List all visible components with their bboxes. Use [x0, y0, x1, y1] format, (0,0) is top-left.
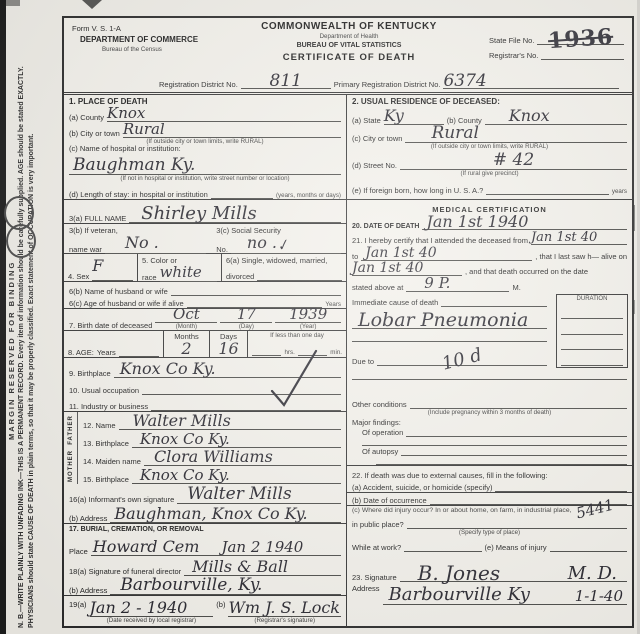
age-label: 8. AGE:	[68, 348, 94, 357]
scan-smudge	[6, 0, 20, 6]
occurrence-date-label: (b) Date of occurrence	[352, 496, 427, 505]
accident-blank	[495, 491, 627, 492]
death-certificate-scan: MARGIN RESERVED FOR BINDING N. B.—WRITE …	[0, 0, 640, 634]
certify-m-label: M.	[512, 283, 520, 292]
marital-label: 6(a) Single, widowed, married,	[226, 256, 342, 265]
birthplace-value: Knox Co Ky.	[120, 361, 216, 377]
sex-label: 4. Sex	[68, 272, 89, 281]
section-spouse-name: 6(b) Name of husband or wife	[64, 282, 346, 296]
burial-place-label: Place	[69, 547, 88, 556]
residence-title: 2. USUAL RESIDENCE OF DECEASED:	[352, 97, 500, 106]
length-of-stay-label: (d) Length of stay: in hospital or insti…	[69, 190, 208, 199]
registrar-no-label: Registrar's No.	[489, 51, 538, 60]
section-cause-of-death: DURATION Immediate cause of death Lobar …	[347, 292, 632, 392]
place-type-note: (Specify type of place)	[459, 529, 520, 536]
mother-side-label: MOTHER	[68, 450, 74, 482]
age-days-value: 16	[218, 341, 238, 357]
registrar-sig-label: (b)	[216, 600, 225, 609]
bureau-vital-line: BUREAU OF VITAL STATISTICS	[297, 41, 402, 50]
age-hrs-label: hrs.	[284, 349, 294, 356]
findings-rule	[376, 464, 627, 465]
full-name-value: Shirley Mills	[141, 205, 257, 223]
funeral-director-address-value: Barbourville, Ky.	[120, 577, 262, 594]
department-line: DEPARTMENT OF COMMERCE	[80, 35, 198, 44]
race-label2: race	[142, 273, 157, 282]
hospital-note: (If not in hospital or institution, writ…	[120, 175, 289, 182]
section-mother: MOTHER 14. Maiden name Clora Williams 15…	[64, 448, 346, 484]
external-where-row: 5441 (c) Where did injury occur? In or a…	[347, 506, 632, 536]
signature-value: B. Jones	[418, 563, 500, 583]
marital-label2: divorced	[226, 272, 254, 281]
father-birthplace-value: Knox Co Ky.	[140, 432, 230, 447]
age-min-label: min.	[330, 349, 342, 356]
left-column: 1. PLACE OF DEATH (a) County Knox (b) Ci…	[64, 95, 347, 627]
section-funeral-director: 18(a) Signature of funeral director Mill…	[64, 556, 346, 596]
section-veteran-ssn: 3(b) If veteran, name war No . 3(c) Soci…	[64, 224, 346, 254]
section-father: FATHER 12. Name Walter Mills 13. Birthpl…	[64, 412, 346, 448]
residence-street-value: # 42	[493, 152, 534, 169]
mother-name-value: Clora Williams	[154, 449, 273, 465]
right-column: 2. USUAL RESIDENCE OF DECEASED: (a) Stat…	[347, 95, 632, 627]
dept-health-line: Department of Health	[320, 33, 379, 40]
father-rail: FATHER	[64, 412, 78, 448]
sex-value: F	[92, 258, 103, 274]
bureau-census-line: Bureau of the Census	[102, 46, 198, 53]
operation-label: Of operation	[362, 428, 403, 437]
margin-binding-text: MARGIN RESERVED FOR BINDING	[7, 140, 16, 440]
means-of-injury-label: (e) Means of injury	[485, 543, 547, 552]
age-hrs-blank	[252, 355, 281, 356]
scan-edge-left	[0, 0, 6, 634]
birthplace-label: 9. Birthplace	[69, 369, 111, 378]
registrar-date-value: Jan 2 - 1940	[90, 600, 188, 616]
section-registrar: 19(a) Jan 2 - 1940 (Date received by loc…	[64, 596, 346, 627]
hospital-label: (c) Name of hospital or institution:	[69, 144, 341, 153]
certify-time-value: 9 P.	[424, 276, 450, 291]
length-of-stay-blank	[211, 198, 273, 199]
occupation-label: 10. Usual occupation	[69, 386, 139, 395]
mother-birthplace-value: Knox Co Ky.	[140, 468, 230, 483]
birth-year-note: (Year)	[300, 323, 317, 330]
section-sex-race-marital: 4. Sex F 5. Color or race white 6(a) Sin…	[64, 254, 346, 282]
major-findings-label: Major findings:	[352, 418, 627, 427]
external-causes-title: 22. If death was due to external causes,…	[352, 471, 548, 480]
father-name-value: Walter Mills	[133, 413, 231, 429]
ssn-label2: No.	[216, 245, 228, 254]
section-age: 8. AGE: Years Months 2 Days 16 If less t…	[64, 331, 346, 358]
foreign-born-label: (e) If foreign born, how long in U. S. A…	[352, 186, 483, 195]
state-file-label: State File No.	[489, 36, 534, 45]
commonwealth-title: COMMONWEALTH OF KENTUCKY	[261, 21, 437, 32]
margin-note-text: N. B.—WRITE PLAINLY WITH UNFADING INK—TH…	[17, 28, 37, 628]
certify-time-label: stated above at	[352, 283, 403, 292]
age-min-blank	[298, 355, 327, 356]
section-industry: 11. Industry or business	[64, 395, 346, 412]
registrar-date-note: (Date received by local registrar)	[107, 617, 196, 624]
scan-smudge	[82, 0, 102, 9]
date-of-death-label: 20. DATE OF DEATH	[352, 223, 419, 230]
industry-label: 11. Industry or business	[69, 402, 148, 411]
section-physician-address: Address Barbourville Ky 1-1-40	[347, 582, 632, 627]
other-conditions-note: (Include pregnancy within 3 months of de…	[428, 409, 551, 416]
birth-day-note: (Day)	[239, 323, 254, 330]
primary-district-label: Primary Registration District No.	[334, 80, 441, 89]
immediate-cause-label: Immediate cause of death	[352, 298, 438, 307]
other-conditions-label: Other conditions	[352, 400, 407, 409]
physician-address-value: Barbourville Ky	[389, 586, 530, 604]
district-label: Registration District No.	[159, 80, 238, 89]
birth-month-value: Oct	[173, 307, 200, 322]
residence-street-note: (If rural give precinct)	[460, 170, 518, 177]
section-major-findings: Major findings: Of operation Of autopsy	[347, 416, 632, 466]
length-of-stay-note: (years, months or days)	[276, 192, 341, 199]
city-value: Rural	[123, 122, 165, 137]
external-accident-row: (a) Accident, suicide, or homicide (spec…	[347, 480, 632, 493]
section-birth-date: 7. Birth date of deceased Oct (Month) 17…	[64, 309, 346, 331]
informant-address-value: Baughman, Knox Co Ky.	[114, 506, 307, 522]
certify-lastsaw-label: , that I last saw h— alive on	[535, 252, 627, 261]
birth-day-value: 17	[237, 307, 256, 322]
form-number: Form V. S. 1-A	[72, 24, 198, 33]
state-file-stamp: 1936	[547, 24, 614, 54]
other-conditions-blank	[410, 408, 627, 409]
cause-rule	[352, 379, 627, 380]
autopsy-label: Of autopsy	[362, 447, 398, 456]
section-full-name: 3(a) FULL NAME Shirley Mills	[64, 200, 346, 224]
form-header: Form V. S. 1-A DEPARTMENT OF COMMERCE Bu…	[64, 18, 632, 95]
birth-month-note: (Month)	[176, 323, 197, 330]
primary-district-value: 6374	[443, 73, 486, 90]
section-certify: 21. I hereby certify that I attended the…	[347, 230, 632, 292]
certify-lastsaw-value: Jan 1st 40	[352, 261, 423, 275]
veteran-label2: name war	[69, 245, 102, 254]
residence-county-value: Knox	[509, 108, 550, 124]
father-name-label: 12. Name	[83, 421, 116, 430]
age-years-blank	[119, 356, 159, 357]
physician-date-value: 1-1-40	[575, 589, 623, 604]
foreign-born-suffix: years	[612, 188, 627, 195]
informant-address-label: (b) Address	[69, 514, 107, 523]
residence-state-value: Ky	[384, 108, 404, 124]
father-side-label: FATHER	[68, 415, 74, 445]
certify-from-value: Jan 1st 40	[531, 231, 597, 244]
section-other-conditions: Other conditions (Include pregnancy with…	[347, 392, 632, 416]
registrar-date-label: 19(a)	[69, 600, 87, 609]
marital-blank	[257, 280, 342, 281]
informant-signature-label: 16(a) Informant's own signature	[69, 495, 174, 504]
burial-title: 17. BURIAL, CREMATION, OR REMOVAL	[69, 526, 341, 533]
section-date-of-death: 20. DATE OF DEATH Jan 1st 1940	[347, 214, 632, 230]
certify-to-value: Jan 1st 40	[365, 246, 436, 260]
birth-date-label: 7. Birth date of deceased	[69, 321, 152, 330]
section-informant: 16(a) Informant's own signature Walter M…	[64, 484, 346, 524]
informant-signature-value: Walter Mills	[187, 486, 291, 503]
burial-place-value: Howard Cem	[93, 539, 200, 555]
full-name-label: 3(a) FULL NAME	[69, 214, 126, 223]
district-value: 811	[270, 73, 302, 90]
physician-address-label: Address	[352, 584, 380, 593]
section-occupation: 10. Usual occupation	[64, 378, 346, 395]
ssn-tick: ✓	[275, 237, 291, 254]
due-to-label: Due to	[352, 357, 374, 366]
hospital-value: Baughman Ky.	[73, 157, 195, 174]
section-physician-signature: 23. Signature B. Jones M. D.	[347, 552, 632, 582]
section-birthplace: 9. Birthplace Knox Co Ky.	[64, 358, 346, 378]
section-residence: 2. USUAL RESIDENCE OF DECEASED: (a) Stat…	[347, 95, 632, 200]
county-value: Knox	[107, 106, 145, 121]
certificate-form: Form V. S. 1-A DEPARTMENT OF COMMERCE Bu…	[62, 16, 634, 628]
ssn-label: 3(c) Social Security	[216, 226, 341, 235]
city-label: (b) City or town	[69, 129, 120, 138]
spouse-name-label: 6(b) Name of husband or wife	[69, 287, 168, 296]
county-label: (a) County	[69, 113, 104, 122]
certify-occurred-label: , and that death occurred on the date	[465, 267, 588, 276]
age-months-value: 2	[181, 341, 191, 357]
funeral-director-value: Mills & Ball	[192, 559, 288, 575]
father-birthplace-label: 13. Birthplace	[83, 439, 129, 448]
external-work-row: While at work? (e) Means of injury	[347, 536, 632, 552]
race-value: white	[160, 265, 202, 280]
date-of-death-value: Jan 1st 1940	[426, 214, 528, 230]
hole-punch-circle	[6, 224, 36, 258]
section-external-causes: 22. If death was due to external causes,…	[347, 466, 632, 480]
registrar-sig-note: (Registrar's signature)	[254, 617, 315, 624]
mother-birthplace-label: 15. Birthplace	[83, 475, 129, 484]
accident-label: (a) Accident, suicide, or homicide (spec…	[352, 483, 492, 492]
age-less-label: If less than one day	[270, 332, 324, 339]
veteran-value: No .	[125, 235, 159, 251]
burial-date-value: Jan 2 1940	[221, 540, 303, 555]
birth-year-value: 1939	[289, 307, 327, 322]
section-place-of-death: 1. PLACE OF DEATH (a) County Knox (b) Ci…	[64, 95, 346, 200]
certificate-title: CERTIFICATE OF DEATH	[283, 52, 416, 63]
registrar-sig-value: Wm J. S. Lock	[228, 600, 340, 616]
residence-street-label: (d) Street No.	[352, 161, 397, 170]
section-burial: 17. BURIAL, CREMATION, OR REMOVAL Place …	[64, 524, 346, 556]
residence-state-label: (a) State	[352, 116, 381, 125]
mother-name-label: 14. Maiden name	[83, 457, 141, 466]
certify-line1-label: 21. I hereby certify that I attended the…	[352, 236, 528, 245]
public-place-blank	[407, 528, 627, 529]
funeral-director-address-label: (b) Address	[69, 586, 107, 595]
residence-city-label: (c) City or town	[352, 134, 402, 143]
signature-md: M. D.	[568, 565, 617, 583]
public-place-label: in public place?	[352, 520, 404, 529]
residence-city-value: Rural	[431, 125, 478, 142]
ssn-value: no .	[247, 235, 277, 251]
mother-rail: MOTHER	[64, 448, 78, 484]
signature-label: 23. Signature	[352, 573, 397, 582]
registrar-no-blank	[541, 59, 624, 60]
immediate-cause-value: Lobar Pneumonia	[358, 311, 528, 330]
age-years-label: Years	[97, 348, 116, 357]
while-at-work-label: While at work?	[352, 543, 401, 552]
foreign-born-blank	[486, 194, 609, 195]
